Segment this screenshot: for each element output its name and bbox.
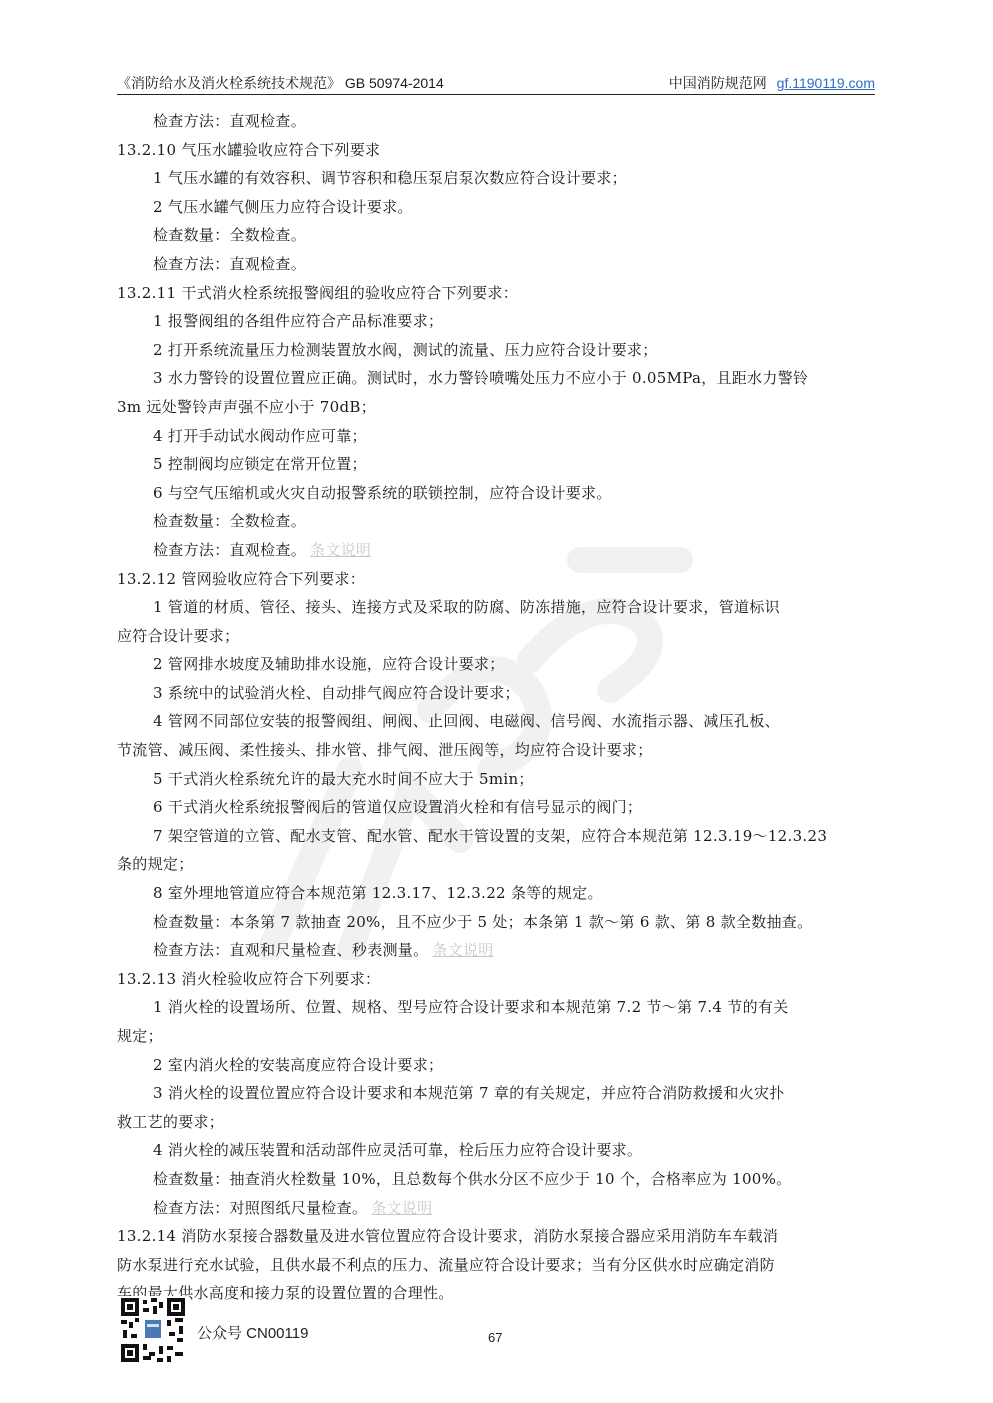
page-header: 《消防给水及消火栓系统技术规范》 GB 50974-2014 中国消防规范网 g… xyxy=(117,72,875,95)
text-line: 2 室内消火栓的安装高度应符合设计要求； xyxy=(117,1051,875,1080)
text-line: 1 管道的材质、管径、接头、连接方式及采取的防腐、防冻措施，应符合设计要求，管道… xyxy=(117,593,875,622)
line-text: 检查方法：直观检查。 xyxy=(153,112,306,130)
text-line: 检查数量：抽查消火栓数量 10%，且总数每个供水分区不应少于 10 个，合格率应… xyxy=(117,1165,875,1194)
text-line: 13.2.13 消火栓验收应符合下列要求： xyxy=(117,965,875,994)
line-text: 8 室外埋地管道应符合本规范第 12.3.17、12.3.22 条等的规定。 xyxy=(153,884,603,902)
line-text: 2 室内消火栓的安装高度应符合设计要求； xyxy=(153,1056,443,1074)
line-text: 检查数量：全数检查。 xyxy=(153,512,306,530)
line-text: 3 消火栓的设置位置应符合设计要求和本规范第 7 章的有关规定，并应符合消防救援… xyxy=(153,1084,785,1102)
document-body: 检查方法：直观检查。13.2.10 气压水罐验收应符合下列要求1 气压水罐的有效… xyxy=(117,107,875,1308)
text-line: 2 打开系统流量压力检测装置放水阀，测试的流量、压力应符合设计要求； xyxy=(117,336,875,365)
line-text: 1 管道的材质、管径、接头、连接方式及采取的防腐、防冻措施，应符合设计要求，管道… xyxy=(153,598,780,616)
line-text: 检查方法：直观检查。 xyxy=(153,541,306,559)
line-text: 1 消火栓的设置场所、位置、规格、型号应符合设计要求和本规范第 7.2 节～第 … xyxy=(153,998,789,1016)
text-line: 救工艺的要求； xyxy=(117,1108,875,1137)
line-text: 5 控制阀均应锁定在常开位置； xyxy=(153,455,367,473)
line-text: 规定； xyxy=(117,1027,163,1045)
line-text: 检查数量：本条第 7 款抽查 20%，且不应少于 5 处；本条第 1 款～第 6… xyxy=(153,913,812,931)
line-text: 6 干式消火栓系统报警阀后的管道仅应设置消火栓和有信号显示的阀门； xyxy=(153,798,642,816)
page-number: 67 xyxy=(488,1330,502,1345)
line-text: 13.2.14 消防水泵接合器数量及进水管位置应符合设计要求，消防水泵接合器应采… xyxy=(117,1227,778,1245)
text-line: 2 气压水罐气侧压力应符合设计要求。 xyxy=(117,193,875,222)
text-line: 3 系统中的试验消火栓、自动排气阀应符合设计要求； xyxy=(117,679,875,708)
text-line: 节流管、减压阀、柔性接头、排水管、排气阀、泄压阀等，均应符合设计要求； xyxy=(117,736,875,765)
line-text: 条的规定； xyxy=(117,855,194,873)
text-line: 4 消火栓的减压装置和活动部件应灵活可靠，栓后压力应符合设计要求。 xyxy=(117,1136,875,1165)
text-line: 3 水力警铃的设置位置应正确。测试时，水力警铃喷嘴处压力不应小于 0.05MPa… xyxy=(117,364,875,393)
text-line: 6 干式消火栓系统报警阀后的管道仅应设置消火栓和有信号显示的阀门； xyxy=(117,793,875,822)
qr-code-icon xyxy=(119,1296,187,1364)
text-line: 7 架空管道的立管、配水支管、配水管、配水干管设置的支架，应符合本规范第 12.… xyxy=(117,822,875,851)
line-text: 2 管网排水坡度及辅助排水设施，应符合设计要求； xyxy=(153,655,505,673)
line-text: 3 系统中的试验消火栓、自动排气阀应符合设计要求； xyxy=(153,684,520,702)
line-text: 检查数量：全数检查。 xyxy=(153,226,306,244)
text-line: 1 报警阀组的各组件应符合产品标准要求； xyxy=(117,307,875,336)
line-text: 检查数量：抽查消火栓数量 10%，且总数每个供水分区不应少于 10 个，合格率应… xyxy=(153,1170,792,1188)
text-line: 检查方法：对照图纸尺量检查。条文说明 xyxy=(117,1194,875,1223)
text-line: 车的最大供水高度和接力泵的设置位置的合理性。 xyxy=(117,1279,875,1308)
line-text: 13.2.10 气压水罐验收应符合下列要求 xyxy=(117,141,380,159)
line-text: 4 打开手动试水阀动作应可靠； xyxy=(153,427,367,445)
text-line: 检查数量：全数检查。 xyxy=(117,507,875,536)
text-line: 3 消火栓的设置位置应符合设计要求和本规范第 7 章的有关规定，并应符合消防救援… xyxy=(117,1079,875,1108)
line-text: 2 气压水罐气侧压力应符合设计要求。 xyxy=(153,198,413,216)
text-line: 5 控制阀均应锁定在常开位置； xyxy=(117,450,875,479)
site-link[interactable]: gf.1190119.com xyxy=(777,75,875,91)
line-text: 13.2.11 干式消火栓系统报警阀组的验收应符合下列要求： xyxy=(117,284,518,302)
text-line: 1 气压水罐的有效容积、调节容积和稳压泵启泵次数应符合设计要求； xyxy=(117,164,875,193)
text-line: 3m 远处警铃声声强不应小于 70dB； xyxy=(117,393,875,422)
wechat-account: 公众号 CN00119 xyxy=(197,1322,308,1343)
text-line: 5 干式消火栓系统允许的最大充水时间不应大于 5min； xyxy=(117,765,875,794)
text-line: 条的规定； xyxy=(117,850,875,879)
clause-explanation-link[interactable]: 条文说明 xyxy=(310,541,371,559)
line-text: 检查方法：对照图纸尺量检查。 xyxy=(153,1199,367,1217)
line-text: 4 消火栓的减压装置和活动部件应灵活可靠，栓后压力应符合设计要求。 xyxy=(153,1141,642,1159)
text-line: 规定； xyxy=(117,1022,875,1051)
line-text: 6 与空气压缩机或火灾自动报警系统的联锁控制，应符合设计要求。 xyxy=(153,484,612,502)
line-text: 检查方法：直观和尺量检查、秒表测量。 xyxy=(153,941,428,959)
line-text: 5 干式消火栓系统允许的最大充水时间不应大于 5min； xyxy=(153,770,534,788)
line-text: 1 气压水罐的有效容积、调节容积和稳压泵启泵次数应符合设计要求； xyxy=(153,169,627,187)
line-text: 1 报警阀组的各组件应符合产品标准要求； xyxy=(153,312,443,330)
text-line: 应符合设计要求； xyxy=(117,622,875,651)
text-line: 13.2.12 管网验收应符合下列要求： xyxy=(117,565,875,594)
line-text: 应符合设计要求； xyxy=(117,627,239,645)
line-text: 检查方法：直观检查。 xyxy=(153,255,306,273)
site-info: 中国消防规范网 gf.1190119.com xyxy=(669,73,875,93)
line-text: 13.2.13 消火栓验收应符合下列要求： xyxy=(117,970,380,988)
text-line: 4 打开手动试水阀动作应可靠； xyxy=(117,422,875,451)
text-line: 8 室外埋地管道应符合本规范第 12.3.17、12.3.22 条等的规定。 xyxy=(117,879,875,908)
text-line: 检查方法：直观检查。 xyxy=(117,250,875,279)
text-line: 防水泵进行充水试验，且供水最不利点的压力、流量应符合设计要求；当有分区供水时应确… xyxy=(117,1251,875,1280)
line-text: 2 打开系统流量压力检测装置放水阀，测试的流量、压力应符合设计要求； xyxy=(153,341,658,359)
text-line: 检查数量：本条第 7 款抽查 20%，且不应少于 5 处；本条第 1 款～第 6… xyxy=(117,908,875,937)
line-text: 3m 远处警铃声声强不应小于 70dB； xyxy=(117,398,376,416)
line-text: 13.2.12 管网验收应符合下列要求： xyxy=(117,570,365,588)
text-line: 13.2.11 干式消火栓系统报警阀组的验收应符合下列要求： xyxy=(117,279,875,308)
line-text: 节流管、减压阀、柔性接头、排水管、排气阀、泄压阀等，均应符合设计要求； xyxy=(117,741,653,759)
text-line: 13.2.14 消防水泵接合器数量及进水管位置应符合设计要求，消防水泵接合器应采… xyxy=(117,1222,875,1251)
text-line: 1 消火栓的设置场所、位置、规格、型号应符合设计要求和本规范第 7.2 节～第 … xyxy=(117,993,875,1022)
text-line: 13.2.10 气压水罐验收应符合下列要求 xyxy=(117,136,875,165)
line-text: 4 管网不同部位安装的报警阀组、闸阀、止回阀、电磁阀、信号阀、水流指示器、减压孔… xyxy=(153,712,780,730)
text-line: 检查方法：直观检查。 xyxy=(117,107,875,136)
clause-explanation-link[interactable]: 条文说明 xyxy=(432,941,493,959)
line-text: 7 架空管道的立管、配水支管、配水管、配水干管设置的支架，应符合本规范第 12.… xyxy=(153,827,827,845)
text-line: 检查方法：直观检查。条文说明 xyxy=(117,536,875,565)
document-title: 《消防给水及消火栓系统技术规范》 GB 50974-2014 xyxy=(117,73,444,93)
text-line: 4 管网不同部位安装的报警阀组、闸阀、止回阀、电磁阀、信号阀、水流指示器、减压孔… xyxy=(117,707,875,736)
line-text: 防水泵进行充水试验，且供水最不利点的压力、流量应符合设计要求；当有分区供水时应确… xyxy=(117,1256,775,1274)
text-line: 检查数量：全数检查。 xyxy=(117,221,875,250)
line-text: 救工艺的要求； xyxy=(117,1113,224,1131)
line-text: 3 水力警铃的设置位置应正确。测试时，水力警铃喷嘴处压力不应小于 0.05MPa… xyxy=(153,369,808,387)
clause-explanation-link[interactable]: 条文说明 xyxy=(371,1199,432,1217)
site-name: 中国消防规范网 xyxy=(669,75,767,91)
text-line: 检查方法：直观和尺量检查、秒表测量。条文说明 xyxy=(117,936,875,965)
text-line: 2 管网排水坡度及辅助排水设施，应符合设计要求； xyxy=(117,650,875,679)
text-line: 6 与空气压缩机或火灾自动报警系统的联锁控制，应符合设计要求。 xyxy=(117,479,875,508)
